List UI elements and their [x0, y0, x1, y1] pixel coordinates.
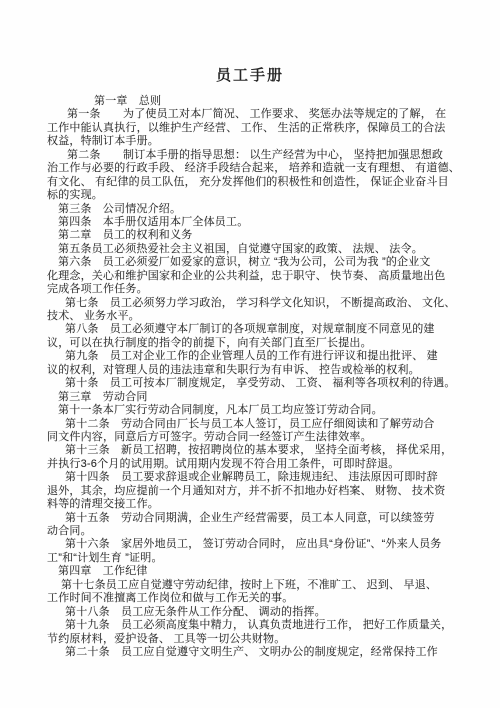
document-line: 第五条员工必须热爱社会主义祖国，自觉遵守国家的政策、 法规、 法令。	[47, 243, 460, 256]
document-line: 第七条 员工必须努力学习政治， 学习科学文化知识， 不断提高政治、 文化、	[47, 297, 460, 310]
document-line: 第十六条 家居外地员工， 签订劳动合同时， 应出具“身份证”、“外来人员务	[47, 538, 460, 551]
document-line: 第十八条 员工应无条件从工作分配、 调动的指挥。	[47, 606, 460, 619]
document-line: 动合同。	[47, 525, 460, 538]
document-title: 员工手册	[0, 0, 500, 85]
document-line: 第二章 员工的权利和义务	[47, 229, 460, 242]
document-line: 权益，特制订本手册。	[47, 135, 460, 148]
document-line: 议，可以在执行制度的指令的前提下，向有关部门直至厂长提出。	[47, 337, 460, 350]
document-line: 并执行3-6个月的试用期。试用期内发现不符合用工条件，可即时辞退。	[47, 458, 460, 471]
document-line: 第六条 员工必须爱厂如爱家的意识，树立 “我为公司，公司为我 ”的企业文	[47, 256, 460, 269]
document-line: 第十七条员工应自觉遵守劳动纪律，按时上下班，不准旷工、 迟到、 早退、	[47, 579, 460, 592]
document-body: 第一章 总则第一条 为了使员工对本厂简况、 工作要求、 奖惩办法等规定的了解， …	[0, 95, 500, 659]
document-line: 第十五条 劳动合同期满，企业生产经营需要，员工本人同意，可以续签劳	[47, 512, 460, 525]
document-line: 第四章 工作纪律	[47, 565, 460, 578]
document-line: 第八条 员工必须遵守本厂制订的各项规章制度，对规章制度不同意见的建	[47, 323, 460, 336]
document-line: 第十二条 劳动合同由厂长与员工本人签订，员工应仔细阅读和了解劳动合	[47, 418, 460, 431]
document-line: 第十三条 新员工招聘，按招聘岗位的基本要求， 坚持全面考核， 择优采用，	[47, 444, 460, 457]
document-line: 第十条 员工可按本厂制度规定， 享受劳动、 工资、 福利等各项权利的待遇。	[47, 377, 460, 390]
document-line: 第一条 为了使员工对本厂简况、 工作要求、 奖惩办法等规定的了解， 在	[47, 108, 460, 121]
document-page: 员工手册 第一章 总则第一条 为了使员工对本厂简况、 工作要求、 奖惩办法等规定…	[0, 0, 500, 708]
document-line: 治工作与必要的行政手段、 经济手段结合起来， 培养和造就一支有理想、 有道德、	[47, 162, 460, 175]
document-line: 第四条 本手册仅适用本厂全体员工。	[47, 216, 460, 229]
document-line: 第十一条本厂实行劳动合同制度，凡本厂员工均应签订劳动合同。	[47, 404, 460, 417]
document-line: 第三章 劳动合同	[47, 391, 460, 404]
document-line: 技术、 业务水平。	[47, 310, 460, 323]
document-line: 第二条 制订本手册的指导思想： 以生产经营为中心， 坚持把加强思想政	[47, 149, 460, 162]
document-line: 节约原材料，爱护设备、 工具等一切公共财物。	[47, 633, 460, 646]
document-line: 退外，其余，均应提前一个月通知对方，并不折不扣地办好档案、 财物、 技术资	[47, 485, 460, 498]
document-line: 完成各项工作任务。	[47, 283, 460, 296]
document-line: 第十四条 员工要求辞退或企业解聘员工，除违规违纪、 违法原因可即时辞	[47, 471, 460, 484]
document-line: 第二十条 员工应自觉遵守文明生产、 文明办公的制度规定，经常保持工作	[47, 646, 460, 659]
document-line: 议的权利，对管理人员的违法违章和失职行为有申诉、 控告或检举的权利。	[47, 364, 460, 377]
document-line: 化理念，关心和维护国家和企业的公共利益，忠于职守、 快节奏、 高质量地出色	[47, 270, 460, 283]
document-line: 工作中能认真执行，以维护生产经营、 工作、 生活的正常秩序，保障员工的合法	[47, 122, 460, 135]
document-line: 第九条 员工对企业工作的企业管理人员的工作有进行评议和提出批评、 建	[47, 350, 460, 363]
document-line: 工作时间不准擅离工作岗位和做与工作无关的事。	[47, 592, 460, 605]
document-line: 标的实现。	[47, 189, 460, 202]
document-line: 有文化、 有纪律的员工队伍， 充分发挥他们的积极性和创造性， 保证企业奋斗目	[47, 176, 460, 189]
document-line: 第三条 公司情况介绍。	[47, 203, 460, 216]
document-line: 第一章 总则	[47, 95, 460, 108]
document-line: 同文件内容，同意后方可签字。劳动合同一经签订产生法律效率。	[47, 431, 460, 444]
document-line: 料等的清理交接工作。	[47, 498, 460, 511]
document-line: 第十九条 员工必须高度集中精力， 认真负责地进行工作， 把好工作质量关，	[47, 619, 460, 632]
document-line: 工”和“计划生育 ”证明。	[47, 552, 460, 565]
